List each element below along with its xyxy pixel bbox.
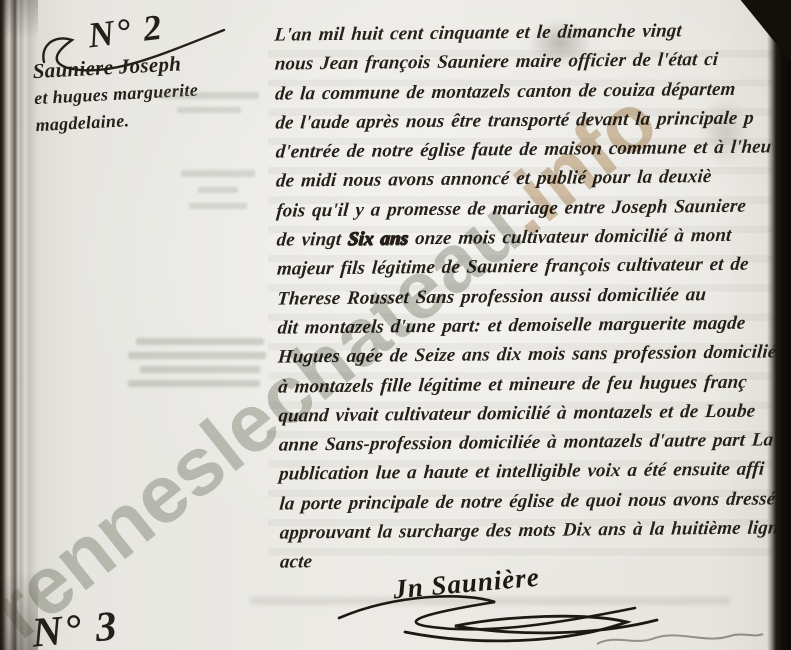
- page-right-edge: [767, 0, 791, 650]
- scanned-register-page: N° 2 Sauniere Joseph et hugues marguerit…: [0, 0, 791, 650]
- bleedthrough-block: [168, 170, 268, 209]
- text-line: nous Jean françois Sauniere maire offici…: [273, 49, 775, 84]
- faint-ink-fragment: [595, 628, 765, 650]
- binding-edge: [0, 0, 38, 650]
- text-line: Hugues agée de Seize ans dix mois sans p…: [276, 342, 778, 377]
- next-act-number: N° 3: [30, 602, 120, 650]
- text-fragment: de vingt: [276, 229, 349, 251]
- act-body-text: L'an mil huit cent cinquante et le diman…: [274, 19, 780, 581]
- surcharged-words: Six ans: [347, 228, 409, 250]
- bleedthrough-block: [128, 338, 270, 387]
- text-line: majeur fils légitime de Sauniere françoi…: [276, 254, 778, 289]
- bleedthrough-block: [150, 92, 268, 113]
- text-fragment: onze mois cultivateur domicilié à mont: [408, 225, 733, 249]
